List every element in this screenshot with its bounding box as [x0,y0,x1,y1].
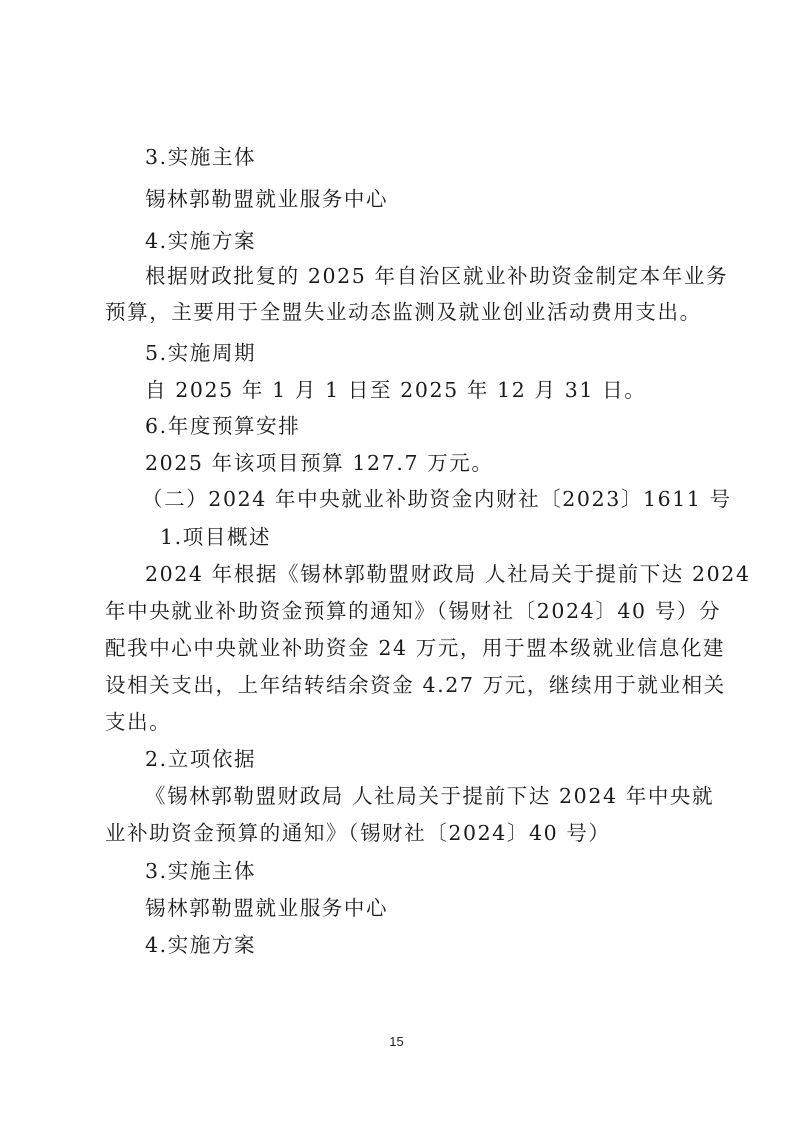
text-line: 设相关支出，上年结转结余资金 4.27 万元，继续用于就业相关 [105,671,705,699]
text-line: 锡林郭勒盟就业服务中心 [145,894,745,922]
text-line: 5.实施周期 [145,339,745,367]
text-line: 4.实施方案 [145,931,745,959]
document-page: 3.实施主体锡林郭勒盟就业服务中心4.实施方案根据财政批复的 2025 年自治区… [0,0,793,1122]
text-line: 根据财政批复的 2025 年自治区就业补助资金制定本年业务 [145,262,745,290]
text-line: 1.项目概述 [160,523,760,551]
text-line: 6.年度预算安排 [145,412,745,440]
text-line: （二）2024 年中央就业补助资金内财社〔2023〕1611 号 [142,485,742,513]
text-line: 2024 年根据《锡林郭勒盟财政局 人社局关于提前下达 2024 [145,560,745,588]
text-line: 预算，主要用于全盟失业动态监测及就业创业活动费用支出。 [105,298,705,326]
text-line: 2025 年该项目预算 127.7 万元。 [145,449,745,477]
text-line: 年中央就业补助资金预算的通知》（锡财社〔2024〕40 号）分 [105,597,705,625]
text-line: 支出。 [105,708,705,736]
text-line: 2.立项依据 [145,745,745,773]
text-line: 配我中心中央就业补助资金 24 万元，用于盟本级就业信息化建 [105,634,705,662]
text-line: 锡林郭勒盟就业服务中心 [145,185,745,213]
text-line: 自 2025 年 1 月 1 日至 2025 年 12 月 31 日。 [145,376,745,404]
text-line: 业补助资金预算的通知》（锡财社〔2024〕40 号） [105,819,705,847]
text-line: 3.实施主体 [145,857,745,885]
text-line: 3.实施主体 [145,143,745,171]
text-line: 4.实施方案 [145,227,745,255]
page-number: 15 [0,1034,793,1049]
text-line: 《锡林郭勒盟财政局 人社局关于提前下达 2024 年中央就 [145,782,745,810]
